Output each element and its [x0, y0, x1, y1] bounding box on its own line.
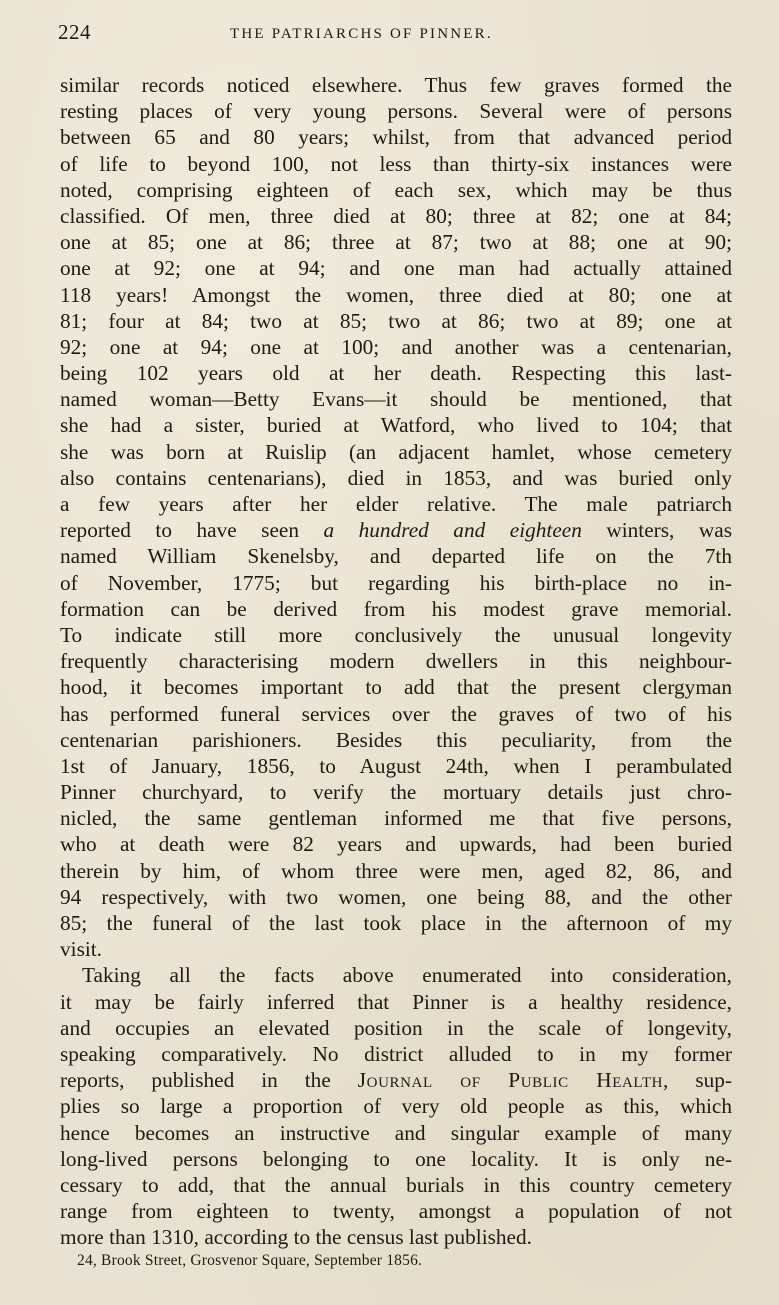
text-line: of life to beyond 100, not less than thi…	[60, 151, 732, 177]
text-line: she was born at Ruislip (an adjacent ham…	[60, 439, 732, 465]
text-segment: reports, published in the	[60, 1068, 358, 1092]
text-line: of November, 1775; but regarding his bir…	[60, 570, 732, 596]
running-title: THE PATRIARCHS OF PINNER.	[230, 26, 493, 43]
italic-phrase: a hundred and eighteen	[324, 518, 582, 542]
text-line: she had a sister, buried at Watford, who…	[60, 412, 732, 438]
text-line: a few years after her elder relative. Th…	[60, 491, 732, 517]
text-line: range from eighteen to twenty, amongst a…	[60, 1198, 732, 1224]
text-line: frequently characterising modern dweller…	[60, 648, 732, 674]
text-line: formation can be derived from his modest…	[60, 596, 732, 622]
text-line: has performed funeral services over the …	[60, 701, 732, 727]
text-line: one at 92; one at 94; and one man had ac…	[60, 255, 732, 281]
text-line: centenarian parishioners. Besides this p…	[60, 727, 732, 753]
text-line: classified. Of men, three died at 80; th…	[60, 203, 732, 229]
book-page: 224 THE PATRIARCHS OF PINNER. similar re…	[0, 0, 779, 1305]
text-line-with-smallcaps: reports, published in the Journal of Pub…	[60, 1067, 732, 1093]
text-line: hence becomes an instructive and singula…	[60, 1120, 732, 1146]
text-line: noted, comprising eighteen of each sex, …	[60, 177, 732, 203]
text-line: hood, it becomes important to add that t…	[60, 674, 732, 700]
text-line: named woman—Betty Evans—it should be men…	[60, 386, 732, 412]
text-line: 85; the funeral of the last took place i…	[60, 910, 732, 936]
text-line: one at 85; one at 86; three at 87; two a…	[60, 229, 732, 255]
text-segment: winters, was	[582, 518, 732, 542]
text-line: 92; one at 94; one at 100; and another w…	[60, 334, 732, 360]
text-line: 1st of January, 1856, to August 24th, wh…	[60, 753, 732, 779]
signature-address-date: 24, Brook Street, Grosvenor Square, Sept…	[77, 1252, 422, 1270]
text-line: and occupies an elevated position in the…	[60, 1015, 732, 1041]
text-line: therein by him, of whom three were men, …	[60, 858, 732, 884]
text-line: resting places of very young persons. Se…	[60, 98, 732, 124]
text-line: speaking comparatively. No district allu…	[60, 1041, 732, 1067]
text-line: 94 respectively, with two women, one bei…	[60, 884, 732, 910]
text-line: it may be fairly inferred that Pinner is…	[60, 989, 732, 1015]
text-line: To indicate still more conclusively the …	[60, 622, 732, 648]
text-segment: reported to have seen	[60, 518, 324, 542]
journal-title: Journal of Public Health	[358, 1068, 663, 1092]
text-line: being 102 years old at her death. Respec…	[60, 360, 732, 386]
text-line-with-italic: reported to have seen a hundred and eigh…	[60, 517, 732, 543]
text-line: also contains centenarians), died in 185…	[60, 465, 732, 491]
text-line: similar records noticed elsewhere. Thus …	[60, 72, 732, 98]
text-line: long-lived persons belonging to one loca…	[60, 1146, 732, 1172]
running-head: 224 THE PATRIARCHS OF PINNER.	[58, 18, 738, 48]
text-line: nicled, the same gentleman informed me t…	[60, 805, 732, 831]
text-line: between 65 and 80 years; whilst, from th…	[60, 124, 732, 150]
text-segment: , sup-	[663, 1068, 732, 1092]
text-line: plies so large a proportion of very old …	[60, 1093, 732, 1119]
body-text: similar records noticed elsewhere. Thus …	[60, 72, 732, 1250]
text-line: named William Skenelsby, and departed li…	[60, 543, 732, 569]
paragraph-start-line: Taking all the facts above enumerated in…	[60, 962, 732, 988]
text-line: visit.	[60, 936, 732, 962]
text-line: Pinner churchyard, to verify the mortuar…	[60, 779, 732, 805]
text-line: more than 1310, according to the census …	[60, 1224, 732, 1250]
text-line: 81; four at 84; two at 85; two at 86; tw…	[60, 308, 732, 334]
text-line: 118 years! Amongst the women, three died…	[60, 282, 732, 308]
page-number: 224	[58, 20, 91, 45]
text-line: who at death were 82 years and upwards, …	[60, 831, 732, 857]
text-line: cessary to add, that the annual burials …	[60, 1172, 732, 1198]
